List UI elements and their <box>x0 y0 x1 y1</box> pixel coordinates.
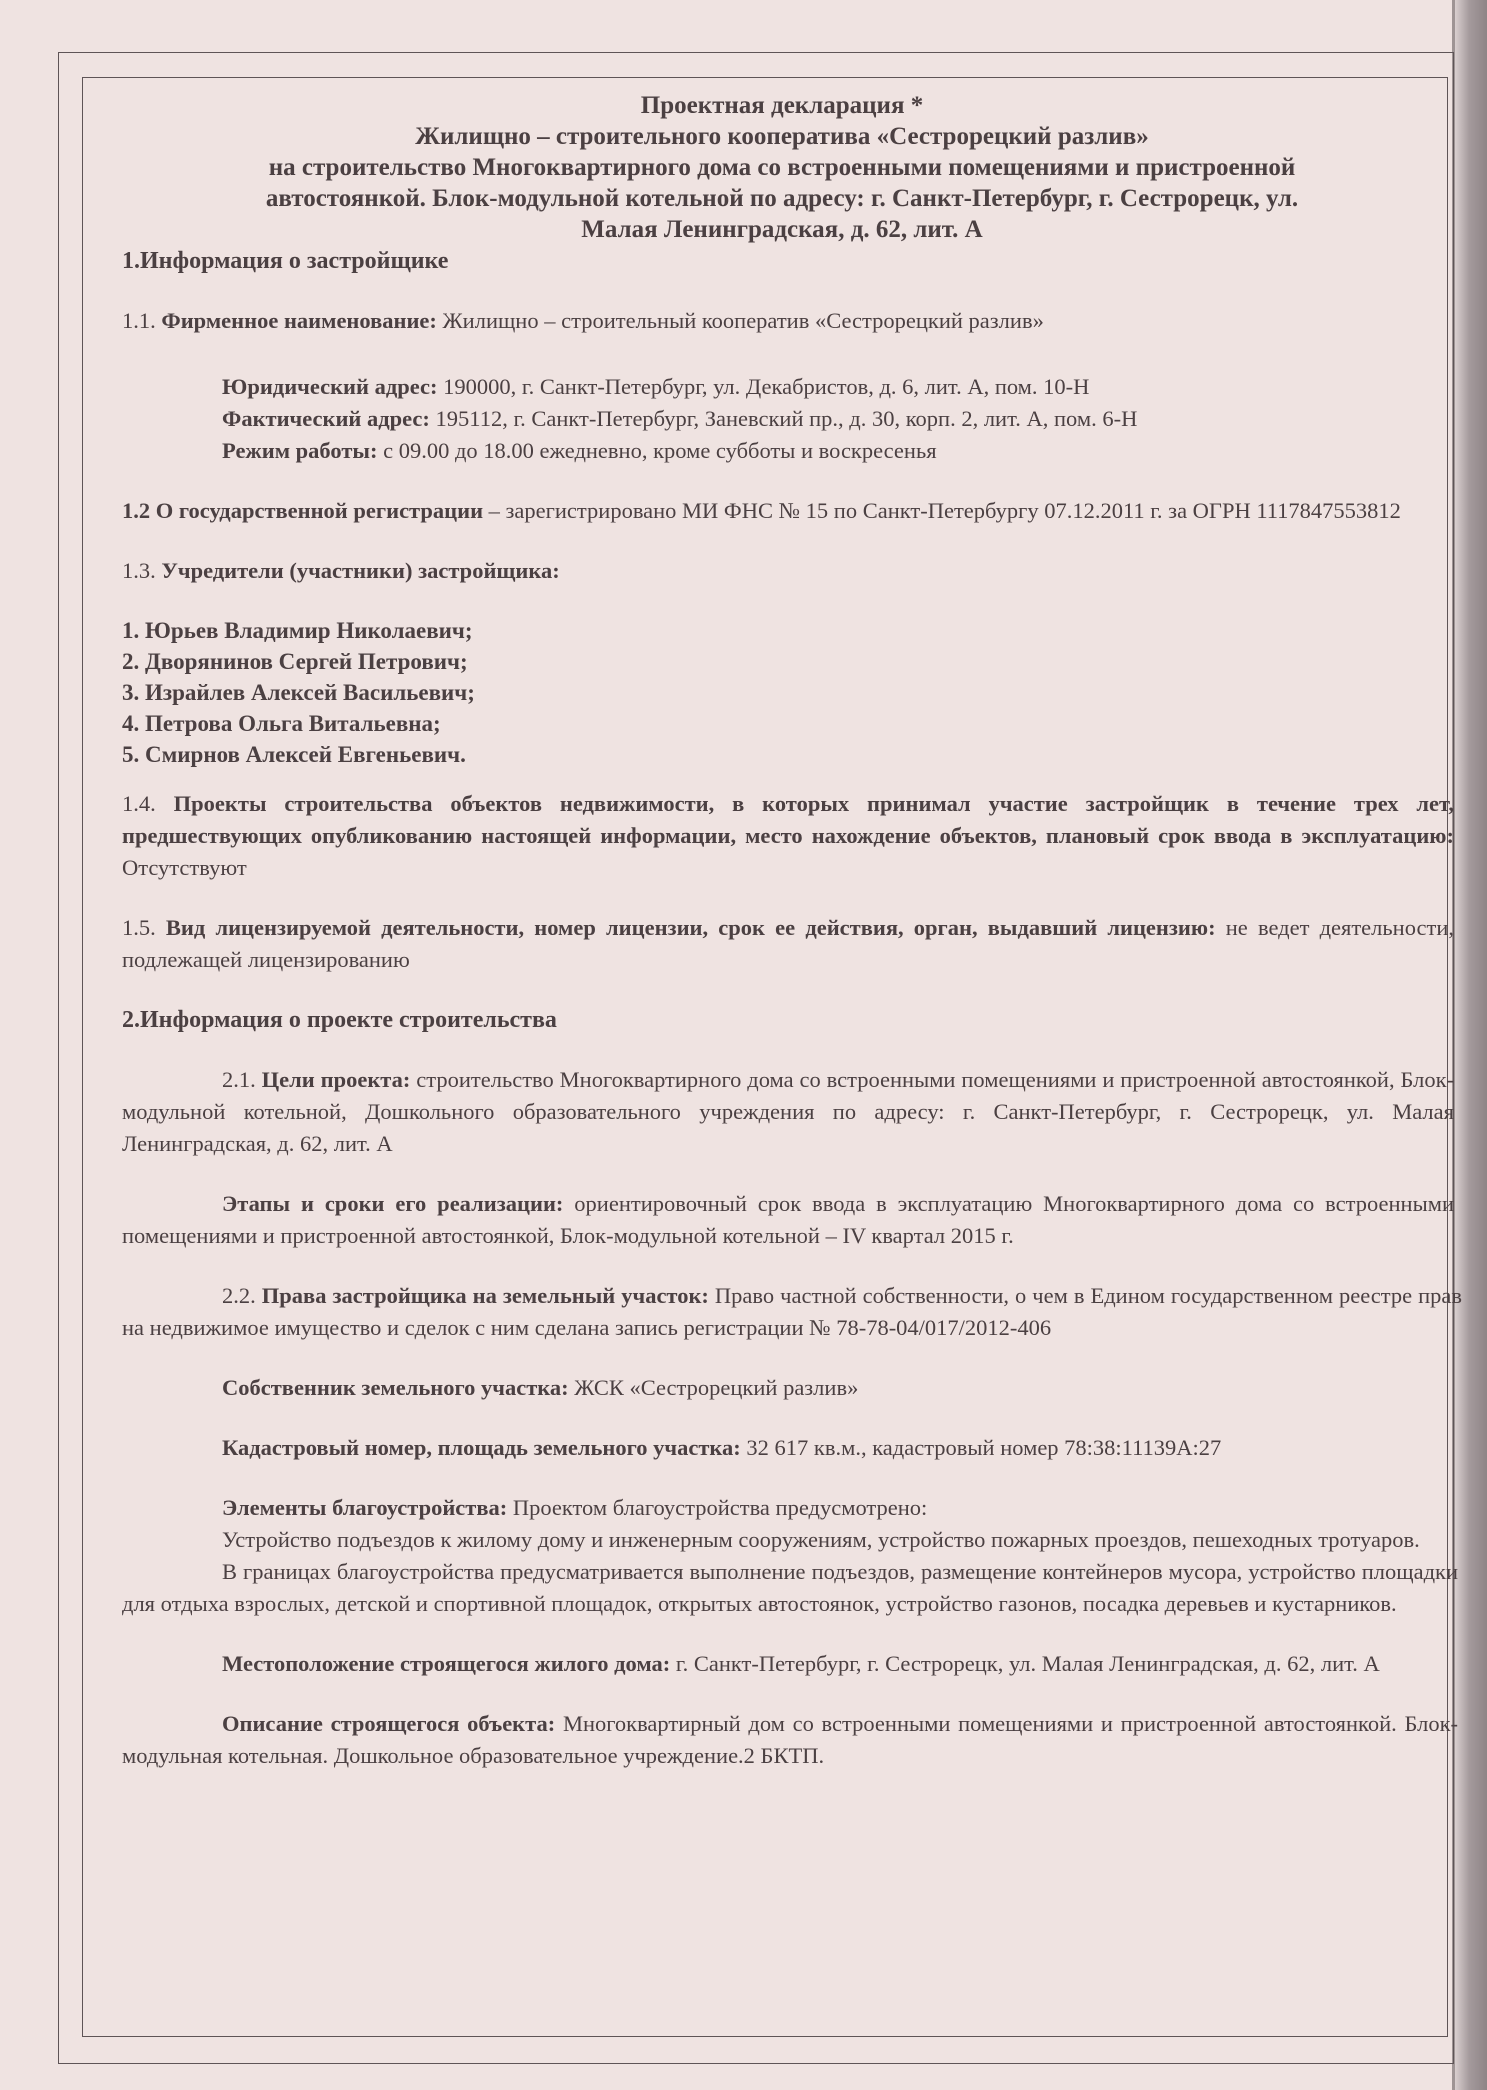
item-label: Этапы и сроки его реализации: <box>222 1191 563 1216</box>
item-value: ЖСК «Сестрорецкий разлив» <box>569 1375 859 1400</box>
item-value: 195112, г. Санкт-Петербург, Заневский пр… <box>430 406 1137 431</box>
item-value: – зарегистрировано МИ ФНС № 15 по Санкт-… <box>483 498 1401 523</box>
landscaping-paragraph: В границах благоустройства предусматрива… <box>122 1556 1458 1620</box>
item-label: Описание строящегося объекта: <box>222 1711 555 1736</box>
landscaping-paragraph: Устройство подъездов к жилому дому и инж… <box>122 1524 1458 1556</box>
item-value: г. Санкт-Петербург, г. Сестрорецк, ул. М… <box>670 1651 1380 1676</box>
item-label: О государственной регистрации <box>156 498 483 523</box>
declaration-content: Проектная декларация * Жилищно – строите… <box>122 90 1462 1772</box>
founder-item: 2. Дворянинов Сергей Петрович; <box>122 646 1462 677</box>
title-line: на строительство Многоквартирного дома с… <box>122 152 1442 183</box>
item-land-owner: Собственник земельного участка: ЖСК «Сес… <box>122 1372 1462 1404</box>
item-location: Местоположение строящегося жилого дома: … <box>122 1648 1458 1680</box>
item-number: 1.3. <box>122 558 156 583</box>
item-label: Права застройщика на земельный участок: <box>262 1283 709 1308</box>
document-title: Проектная декларация * Жилищно – строите… <box>122 90 1442 245</box>
item-value: Отсутствуют <box>122 855 247 880</box>
item-company-name: 1.1. Фирменное наименование: Жилищно – с… <box>122 305 1462 337</box>
item-value: 32 617 кв.м., кадастровый номер 78:38:11… <box>741 1435 1221 1460</box>
item-project-goals: 2.1. Цели проекта: строительство Многокв… <box>122 1064 1454 1160</box>
work-hours: Режим работы: с 09.00 до 18.00 ежедневно… <box>222 435 1462 467</box>
item-state-registration: 1.2 О государственной регистрации – заре… <box>122 495 1452 527</box>
item-label: Фирменное наименование: <box>161 308 437 333</box>
item-number: 1.2 <box>122 498 150 523</box>
item-previous-projects: 1.4. Проекты строительства объектов недв… <box>122 788 1454 884</box>
section-heading-developer: 1.Информация о застройщике <box>122 245 1462 277</box>
title-line: Жилищно – строительного кооператива «Сес… <box>122 121 1442 152</box>
item-value: Жилищно – строительный кооператив «Сестр… <box>437 308 1044 333</box>
founder-item: 1. Юрьев Владимир Николаевич; <box>122 615 1462 646</box>
item-label: Местоположение строящегося жилого дома: <box>222 1651 670 1676</box>
item-label: Режим работы: <box>222 438 377 463</box>
item-number: 2.1. <box>222 1067 256 1092</box>
item-number: 1.4. <box>122 791 156 816</box>
addresses-block: Юридический адрес: 190000, г. Санкт-Пете… <box>122 371 1462 467</box>
founder-item: 3. Израйлев Алексей Васильевич; <box>122 677 1462 708</box>
item-license: 1.5. Вид лицензируемой деятельности, ном… <box>122 912 1454 976</box>
item-label: Собственник земельного участка: <box>222 1375 569 1400</box>
founders-list: 1. Юрьев Владимир Николаевич; 2. Дворяни… <box>122 615 1462 770</box>
item-value: Проектом благоустройства предусмотрено: <box>507 1495 927 1520</box>
item-label: Проекты строительства объектов недвижимо… <box>122 791 1454 848</box>
item-label: Элементы благоустройства: <box>222 1495 507 1520</box>
title-line: автостоянкой. Блок-модульной котельной п… <box>122 183 1442 214</box>
item-object-description: Описание строящегося объекта: Многокварт… <box>122 1708 1458 1772</box>
founder-item: 5. Смирнов Алексей Евгеньевич. <box>122 739 1462 770</box>
item-number: 1.1. <box>122 308 156 333</box>
title-line: Проектная декларация * <box>122 90 1442 121</box>
item-value: 190000, г. Санкт-Петербург, ул. Декабрис… <box>438 374 1090 399</box>
legal-address: Юридический адрес: 190000, г. Санкт-Пете… <box>222 371 1462 403</box>
item-label: Учредители (участники) застройщика: <box>161 558 559 583</box>
item-founders-heading: 1.3. Учредители (участники) застройщика: <box>122 555 1462 587</box>
item-number: 2.2. <box>222 1283 256 1308</box>
item-cadastral: Кадастровый номер, площадь земельного уч… <box>122 1432 1462 1464</box>
item-label: Юридический адрес: <box>222 374 438 399</box>
founder-item: 4. Петрова Ольга Витальевна; <box>122 708 1462 739</box>
item-value: с 09.00 до 18.00 ежедневно, кроме суббот… <box>377 438 936 463</box>
section-heading-project: 2.Информация о проекте строительства <box>122 1004 1462 1036</box>
item-land-rights: 2.2. Права застройщика на земельный учас… <box>122 1280 1462 1344</box>
item-label: Вид лицензируемой деятельности, номер ли… <box>166 915 1216 940</box>
item-label: Кадастровый номер, площадь земельного уч… <box>222 1435 741 1460</box>
title-line: Малая Ленинградская, д. 62, лит. А <box>122 214 1442 245</box>
actual-address: Фактический адрес: 195112, г. Санкт-Пете… <box>222 403 1462 435</box>
item-landscaping: Элементы благоустройства: Проектом благо… <box>122 1492 1462 1524</box>
item-label: Цели проекта: <box>262 1067 411 1092</box>
item-number: 1.5. <box>122 915 156 940</box>
item-label: Фактический адрес: <box>222 406 430 431</box>
item-stages: Этапы и сроки его реализации: ориентиров… <box>122 1188 1454 1252</box>
